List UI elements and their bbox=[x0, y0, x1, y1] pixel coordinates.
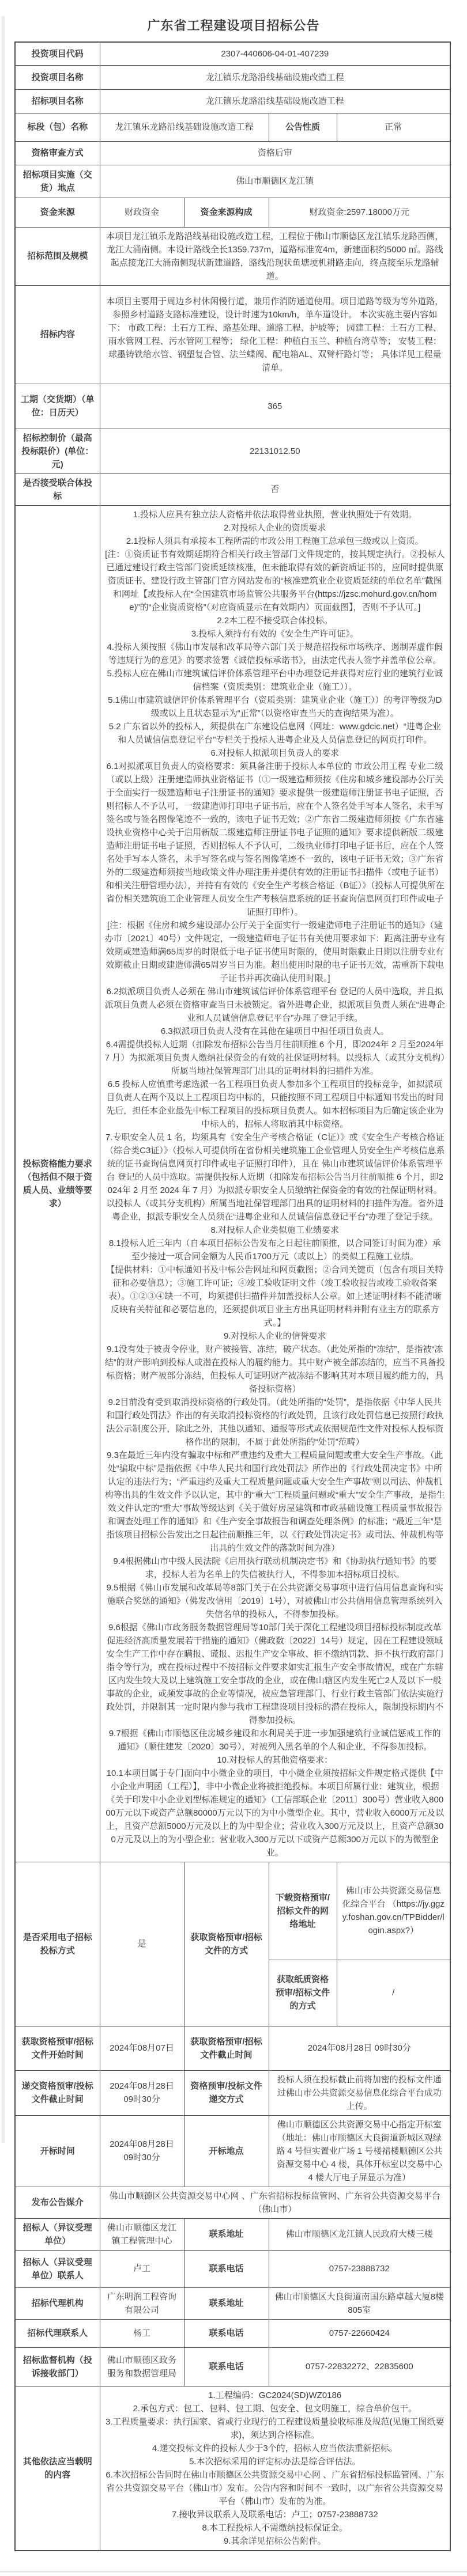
field-label: 是否接受联合体投标 bbox=[15, 473, 100, 505]
field-value: 杨工 bbox=[100, 2319, 184, 2347]
field-value: 卢工 bbox=[100, 2250, 184, 2287]
field-value: 0757-22660424 bbox=[269, 2319, 450, 2347]
field-label: 递交资格预审/投标文件截止时间 bbox=[15, 2070, 100, 2115]
row-media: 发布公告媒介 佛山市顺德区公共资源交易中心网 、广东省招标投标监管网、广东省公共… bbox=[15, 2187, 450, 2218]
field-value: 2307-440606-04-01-407239 bbox=[100, 42, 450, 65]
field-label: 资金来源构成 bbox=[184, 198, 269, 227]
field-value: 龙江镇乐龙路沿线基础设施改造工程 bbox=[100, 65, 450, 89]
page-left-edge bbox=[2, 16, 5, 2143]
announcement-page: 广东省工程建设项目招标公告 投资项目代码 2307-440606-04-01-4… bbox=[0, 16, 467, 2576]
footer-spacer bbox=[0, 2551, 467, 2571]
field-value: 佛山市顺德区公共资源交易中心网 、广东省招标投标监管网、广东省公共资源交易平台（… bbox=[100, 2187, 450, 2218]
field-value: 广东明润工程咨询有限公司 bbox=[100, 2287, 184, 2319]
field-value: 龙江镇乐龙路沿线基础设施改造工程 bbox=[100, 113, 269, 141]
row-consortium: 是否接受联合体投标 否 bbox=[15, 473, 450, 505]
field-label: 投标资格能力要求（包括但不限于资质人员、业绩等要求） bbox=[15, 505, 100, 1862]
field-value: 365 bbox=[100, 384, 450, 429]
row-electronic-bidding: 是否采用电子招标投标方式 是 获取资格预审/招标文件的方式 下载资格预审/招标文… bbox=[15, 1862, 450, 1960]
field-label: 招标监督机构（投诉接收部门） bbox=[15, 2347, 100, 2386]
field-value: 佛山市顺德区政务服务和数据管理局 bbox=[100, 2347, 184, 2386]
field-label: 招标项目实施（交货）地点 bbox=[15, 165, 100, 198]
field-value: 佛山市顺德区龙江镇人民政府大楼三楼 bbox=[269, 2218, 450, 2250]
field-value: 0757-23888732 bbox=[269, 2250, 450, 2287]
field-label: 招标人（异议受理单位）联系人 bbox=[15, 2250, 100, 2287]
row-location: 招标项目实施（交货）地点 佛山市顺德区龙江镇 bbox=[15, 165, 450, 198]
field-value: 1.工程编码：GC2024(SD)WZ0186 2.承包方式：包工、包料、包工期… bbox=[100, 2386, 450, 2551]
field-label: 发布公告媒介 bbox=[15, 2187, 100, 2218]
field-value: 佛山市顺德区公共资源交易中心指定开标室（地址：佛山市顺德区大良街道新城区观绿路 … bbox=[269, 2115, 450, 2187]
field-value: 0757-22832272、22835600 bbox=[269, 2347, 450, 2386]
field-value: 佛山市顺德区大良街道南国东路卓越大厦8楼805室 bbox=[269, 2287, 450, 2319]
field-value: 资格后审 bbox=[100, 141, 450, 165]
field-label: 招标内容 bbox=[15, 285, 100, 384]
row-project-name: 投资项目名称 龙江镇乐龙路沿线基础设施改造工程 bbox=[15, 65, 450, 89]
field-label: 工期（交货期）（单位：日历天） bbox=[15, 384, 100, 429]
field-value: 佛山市顺德区龙江镇 bbox=[100, 165, 450, 198]
field-label: 招标范围及规模 bbox=[15, 227, 100, 285]
row-qualification-requirements: 投标资格能力要求（包括但不限于资质人员、业绩等要求） 1.投标人应具有独立法人资… bbox=[15, 505, 450, 1862]
announcement-table: 投资项目代码 2307-440606-04-01-407239 投资项目名称 龙… bbox=[14, 41, 451, 2551]
field-label: 获取纸质资格预审/招标文件的方式 bbox=[269, 1960, 337, 2026]
row-section-name: 标段（包）名称 龙江镇乐龙路沿线基础设施改造工程 公告性质 正常 bbox=[15, 113, 450, 141]
field-label: 资格预审/投标文件递交方式 bbox=[184, 2070, 269, 2115]
field-value: 22131012.50 bbox=[100, 429, 450, 473]
row-duration: 工期（交货期）（单位：日历天） 365 bbox=[15, 384, 450, 429]
field-value: 本项目龙江镇乐龙路沿线基础设施改造工程，工程位于佛山市顺德区龙江镇乐龙路西侧，龙… bbox=[100, 227, 450, 285]
field-label: 公告性质 bbox=[269, 113, 337, 141]
field-label: 招标代理联系人 bbox=[15, 2319, 100, 2347]
row-project-code: 投资项目代码 2307-440606-04-01-407239 bbox=[15, 42, 450, 65]
field-label: 联系电话 bbox=[184, 2347, 269, 2386]
field-label: 联系地址 bbox=[184, 2287, 269, 2319]
field-value: 本项目主要用于周边乡村休闲慢行道，兼用作消防通道使用。项目道路等级为等外道路，参… bbox=[100, 285, 450, 384]
field-value: / bbox=[337, 1960, 450, 2026]
field-label: 标段（包）名称 bbox=[15, 113, 100, 141]
row-qualification-method: 资格审查方式 资格后审 bbox=[15, 141, 450, 165]
field-value: 2024年08月07日 bbox=[100, 2026, 184, 2070]
field-label: 招标代理机构 bbox=[15, 2287, 100, 2319]
field-label: 联系地址 bbox=[184, 2218, 269, 2250]
row-funding: 资金来源 财政资金 资金来源构成 财政资金:2597.18000万元 bbox=[15, 198, 450, 227]
field-label: 招标控制价（最高投标限价）(单位：元) bbox=[15, 429, 100, 473]
field-label: 开标地点 bbox=[184, 2115, 269, 2187]
field-label: 招标项目名称 bbox=[15, 89, 100, 113]
field-label: 获取资格预审/招标文件截止时间 bbox=[184, 2026, 269, 2070]
row-other-content: 其他依法应当载明的内容 1.工程编码：GC2024(SD)WZ0186 2.承包… bbox=[15, 2386, 450, 2551]
field-value: 否 bbox=[100, 473, 450, 505]
row-agency-contact: 招标代理联系人 杨工 联系电话 0757-22660424 bbox=[15, 2319, 450, 2347]
row-content: 招标内容 本项目主要用于周边乡村休闲慢行道，兼用作消防通道使用。项目道路等级为等… bbox=[15, 285, 450, 384]
field-value: 财政资金:2597.18000万元 bbox=[269, 198, 450, 227]
field-value: 2024年08月28日 09时30分 bbox=[100, 2115, 184, 2187]
field-value: 1.投标人应具有独立法人资格并依法取得营业执照，营业执照处于有效期。 2.对投标… bbox=[100, 505, 450, 1862]
field-label: 招标人（异议受理单位） bbox=[15, 2218, 100, 2250]
field-label: 是否采用电子招标投标方式 bbox=[15, 1862, 100, 2026]
field-value: 佛山市顺德区龙江镇工程管理中心 bbox=[100, 2218, 184, 2250]
field-label: 联系电话 bbox=[184, 2250, 269, 2287]
row-scope: 招标范围及规模 本项目龙江镇乐龙路沿线基础设施改造工程，工程位于佛山市顺德区龙江… bbox=[15, 227, 450, 285]
row-tenderer-contact: 招标人（异议受理单位）联系人 卢工 联系电话 0757-23888732 bbox=[15, 2250, 450, 2287]
field-label: 资格审查方式 bbox=[15, 141, 100, 165]
field-value: 龙江镇乐龙路沿线基础设施改造工程 bbox=[100, 89, 450, 113]
field-label: 投资项目名称 bbox=[15, 65, 100, 89]
row-control-price: 招标控制价（最高投标限价）(单位：元) 22131012.50 bbox=[15, 429, 450, 473]
field-value: 正常 bbox=[337, 113, 450, 141]
row-tender-name: 招标项目名称 龙江镇乐龙路沿线基础设施改造工程 bbox=[15, 89, 450, 113]
field-label: 获取资格预审/招标文件的方式 bbox=[184, 1862, 269, 2026]
page-title: 广东省工程建设项目招标公告 bbox=[0, 16, 467, 34]
field-label: 资金来源 bbox=[15, 198, 100, 227]
field-label: 投资项目代码 bbox=[15, 42, 100, 65]
field-value: 投标人须在投标截止前将加密的投标文件通过佛山市公共资源交易信息化综合平台成功上传… bbox=[269, 2070, 450, 2115]
row-tenderer: 招标人（异议受理单位） 佛山市顺德区龙江镇工程管理中心 联系地址 佛山市顺德区龙… bbox=[15, 2218, 450, 2250]
row-agency: 招标代理机构 广东明润工程咨询有限公司 联系地址 佛山市顺德区大良街道南国东路卓… bbox=[15, 2287, 450, 2319]
row-bid-opening: 开标时间 2024年08月28日 09时30分 开标地点 佛山市顺德区公共资源交… bbox=[15, 2115, 450, 2187]
field-label: 其他依法应当载明的内容 bbox=[15, 2386, 100, 2551]
row-obtain-time: 获取资格预审/招标文件开始时间 2024年08月07日 获取资格预审/招标文件截… bbox=[15, 2026, 450, 2070]
page-bottom-padding bbox=[0, 2573, 467, 2576]
field-label: 下载资格预审/招标文件的网络地址 bbox=[269, 1862, 337, 1960]
field-value: 是 bbox=[100, 1862, 184, 2026]
row-submit-deadline: 递交资格预审/投标文件截止时间 2024年08月28日 09时30分 资格预审/… bbox=[15, 2070, 450, 2115]
field-label: 开标时间 bbox=[15, 2115, 100, 2187]
field-label: 获取资格预审/招标文件开始时间 bbox=[15, 2026, 100, 2070]
field-value: 2024年08月28日 09时30分 bbox=[269, 2026, 450, 2070]
field-value: 2024年08月28日 09时30分 bbox=[100, 2070, 184, 2115]
field-label: 联系电话 bbox=[184, 2319, 269, 2347]
row-supervisor: 招标监督机构（投诉接收部门） 佛山市顺德区政务服务和数据管理局 联系电话 075… bbox=[15, 2347, 450, 2386]
download-url: 佛山市公共资源交易信息化综合平台 （https://jy.ggzy.foshan… bbox=[337, 1862, 450, 1960]
field-value: 财政资金 bbox=[100, 198, 184, 227]
